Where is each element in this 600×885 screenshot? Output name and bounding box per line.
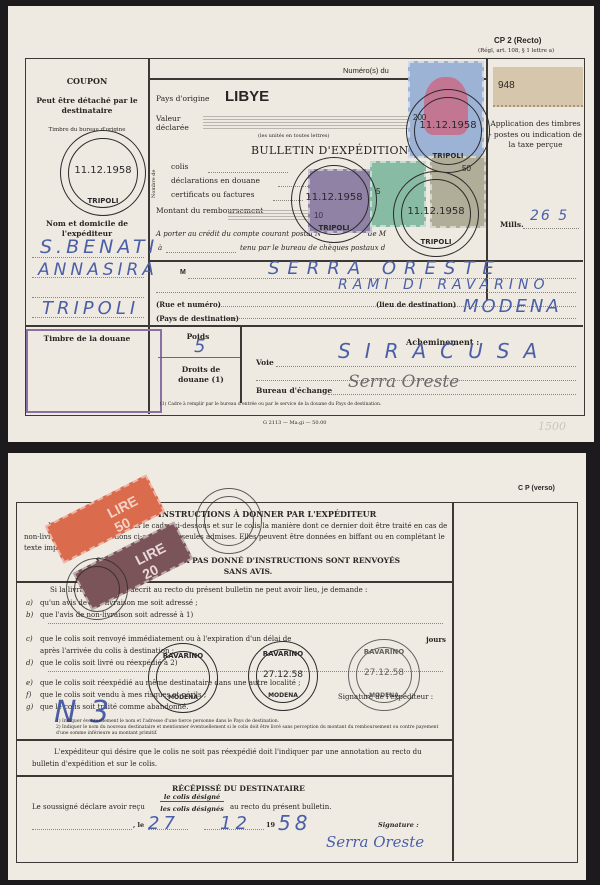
tripoli-postmark-1: 11.12.1958 TRIPOLI	[406, 89, 490, 173]
option-key: f)	[26, 691, 40, 699]
option-key: c)	[26, 635, 40, 643]
instructions-title: INSTRUCTIONS À DONNER PAR L'EXPÉDITEUR	[158, 509, 376, 519]
origin-country: LIBYE	[225, 88, 269, 105]
print-code: G 2113 — Ma.gi — 50.00	[263, 420, 326, 426]
footnote-2: 2) Indiquer le nom du nouveau destinatai…	[56, 725, 446, 737]
route-value: SIRACUSA	[338, 339, 551, 363]
sender-city: TRIPOLI	[42, 298, 139, 319]
destination-place: MODENA	[463, 296, 562, 317]
declared-value-label: Valeur déclarée	[156, 114, 206, 132]
receipt-title: RÉCÉPISSÉ DU DESTINATAIRE	[172, 784, 305, 793]
option-suffix: jours	[426, 635, 446, 644]
verso-form-code: C P (verso)	[518, 485, 555, 492]
tripoli-postmark-3: 11.12.1958 TRIPOLI	[393, 171, 479, 257]
coupon-subtitle: Peut être détaché par le destinataire	[34, 96, 140, 116]
weight-value: 5	[194, 336, 209, 357]
option-key: a)	[26, 599, 40, 607]
no-forward-note: L'expéditeur qui désire que le colis ne …	[32, 746, 448, 770]
recipient-name: SERRA ORESTE	[268, 258, 502, 279]
recto-sheet: CP 2 (Recto) (Régl, art. 108, § 1 lettre…	[8, 6, 594, 442]
receipt-year: 58	[278, 811, 311, 835]
regulation-ref: (Régl, art. 108, § 1 lettre a)	[478, 48, 554, 54]
verso-sheet: C P (verso) INSTRUCTIONS À DONNER PAR L'…	[8, 453, 586, 880]
mills-value: 26 5	[530, 208, 569, 224]
coupon-title: COUPON	[28, 76, 146, 86]
sender-name: S.BENATI	[40, 236, 158, 258]
option-key: b)	[26, 611, 40, 619]
tripoli-postmark-2: 11.12.1958 TRIPOLI	[291, 157, 377, 243]
parcel-number: 948	[498, 80, 515, 91]
parcel-label: 948	[493, 67, 583, 107]
option-key: d)	[26, 659, 40, 667]
ravarino-postmark-1: RAVARINO MODENA	[148, 643, 218, 713]
exchange-signature: Serra Oreste	[348, 372, 459, 392]
form-code: CP 2 (Recto)	[494, 36, 541, 45]
bulletin-title: BULLETIN D'EXPÉDITION	[251, 144, 409, 157]
option-key: e)	[26, 679, 40, 687]
ravarino-postmark-stamps	[66, 558, 128, 620]
tripoli-postmark-coupon: 11.12.1958 TRIPOLI	[60, 130, 146, 216]
receipt-month: 12	[220, 813, 251, 834]
customs-stamp	[26, 329, 162, 413]
option-key: g)	[26, 703, 40, 711]
option-text: que le colis soit renvoyé immédiatement …	[40, 635, 291, 643]
stamps-box-label: Application des timbres - postes ou indi…	[488, 119, 583, 151]
receipt-day: 27	[148, 813, 179, 834]
declared-value-field[interactable]	[203, 116, 413, 130]
recipient-signature: Serra Oreste	[326, 833, 424, 851]
recipient-street: RAMI DI RAVARINO	[338, 277, 549, 293]
ravarino-postmark-top	[196, 488, 262, 554]
sender-street: ANNASIRA	[38, 260, 158, 280]
origin-label: Pays d'origine	[156, 94, 209, 103]
ravarino-postmark-3: RAVARINO 27.12.58 MODENA	[348, 639, 420, 711]
ravarino-postmark-2: RAVARINO 27.12.58 MODENA	[248, 641, 318, 711]
